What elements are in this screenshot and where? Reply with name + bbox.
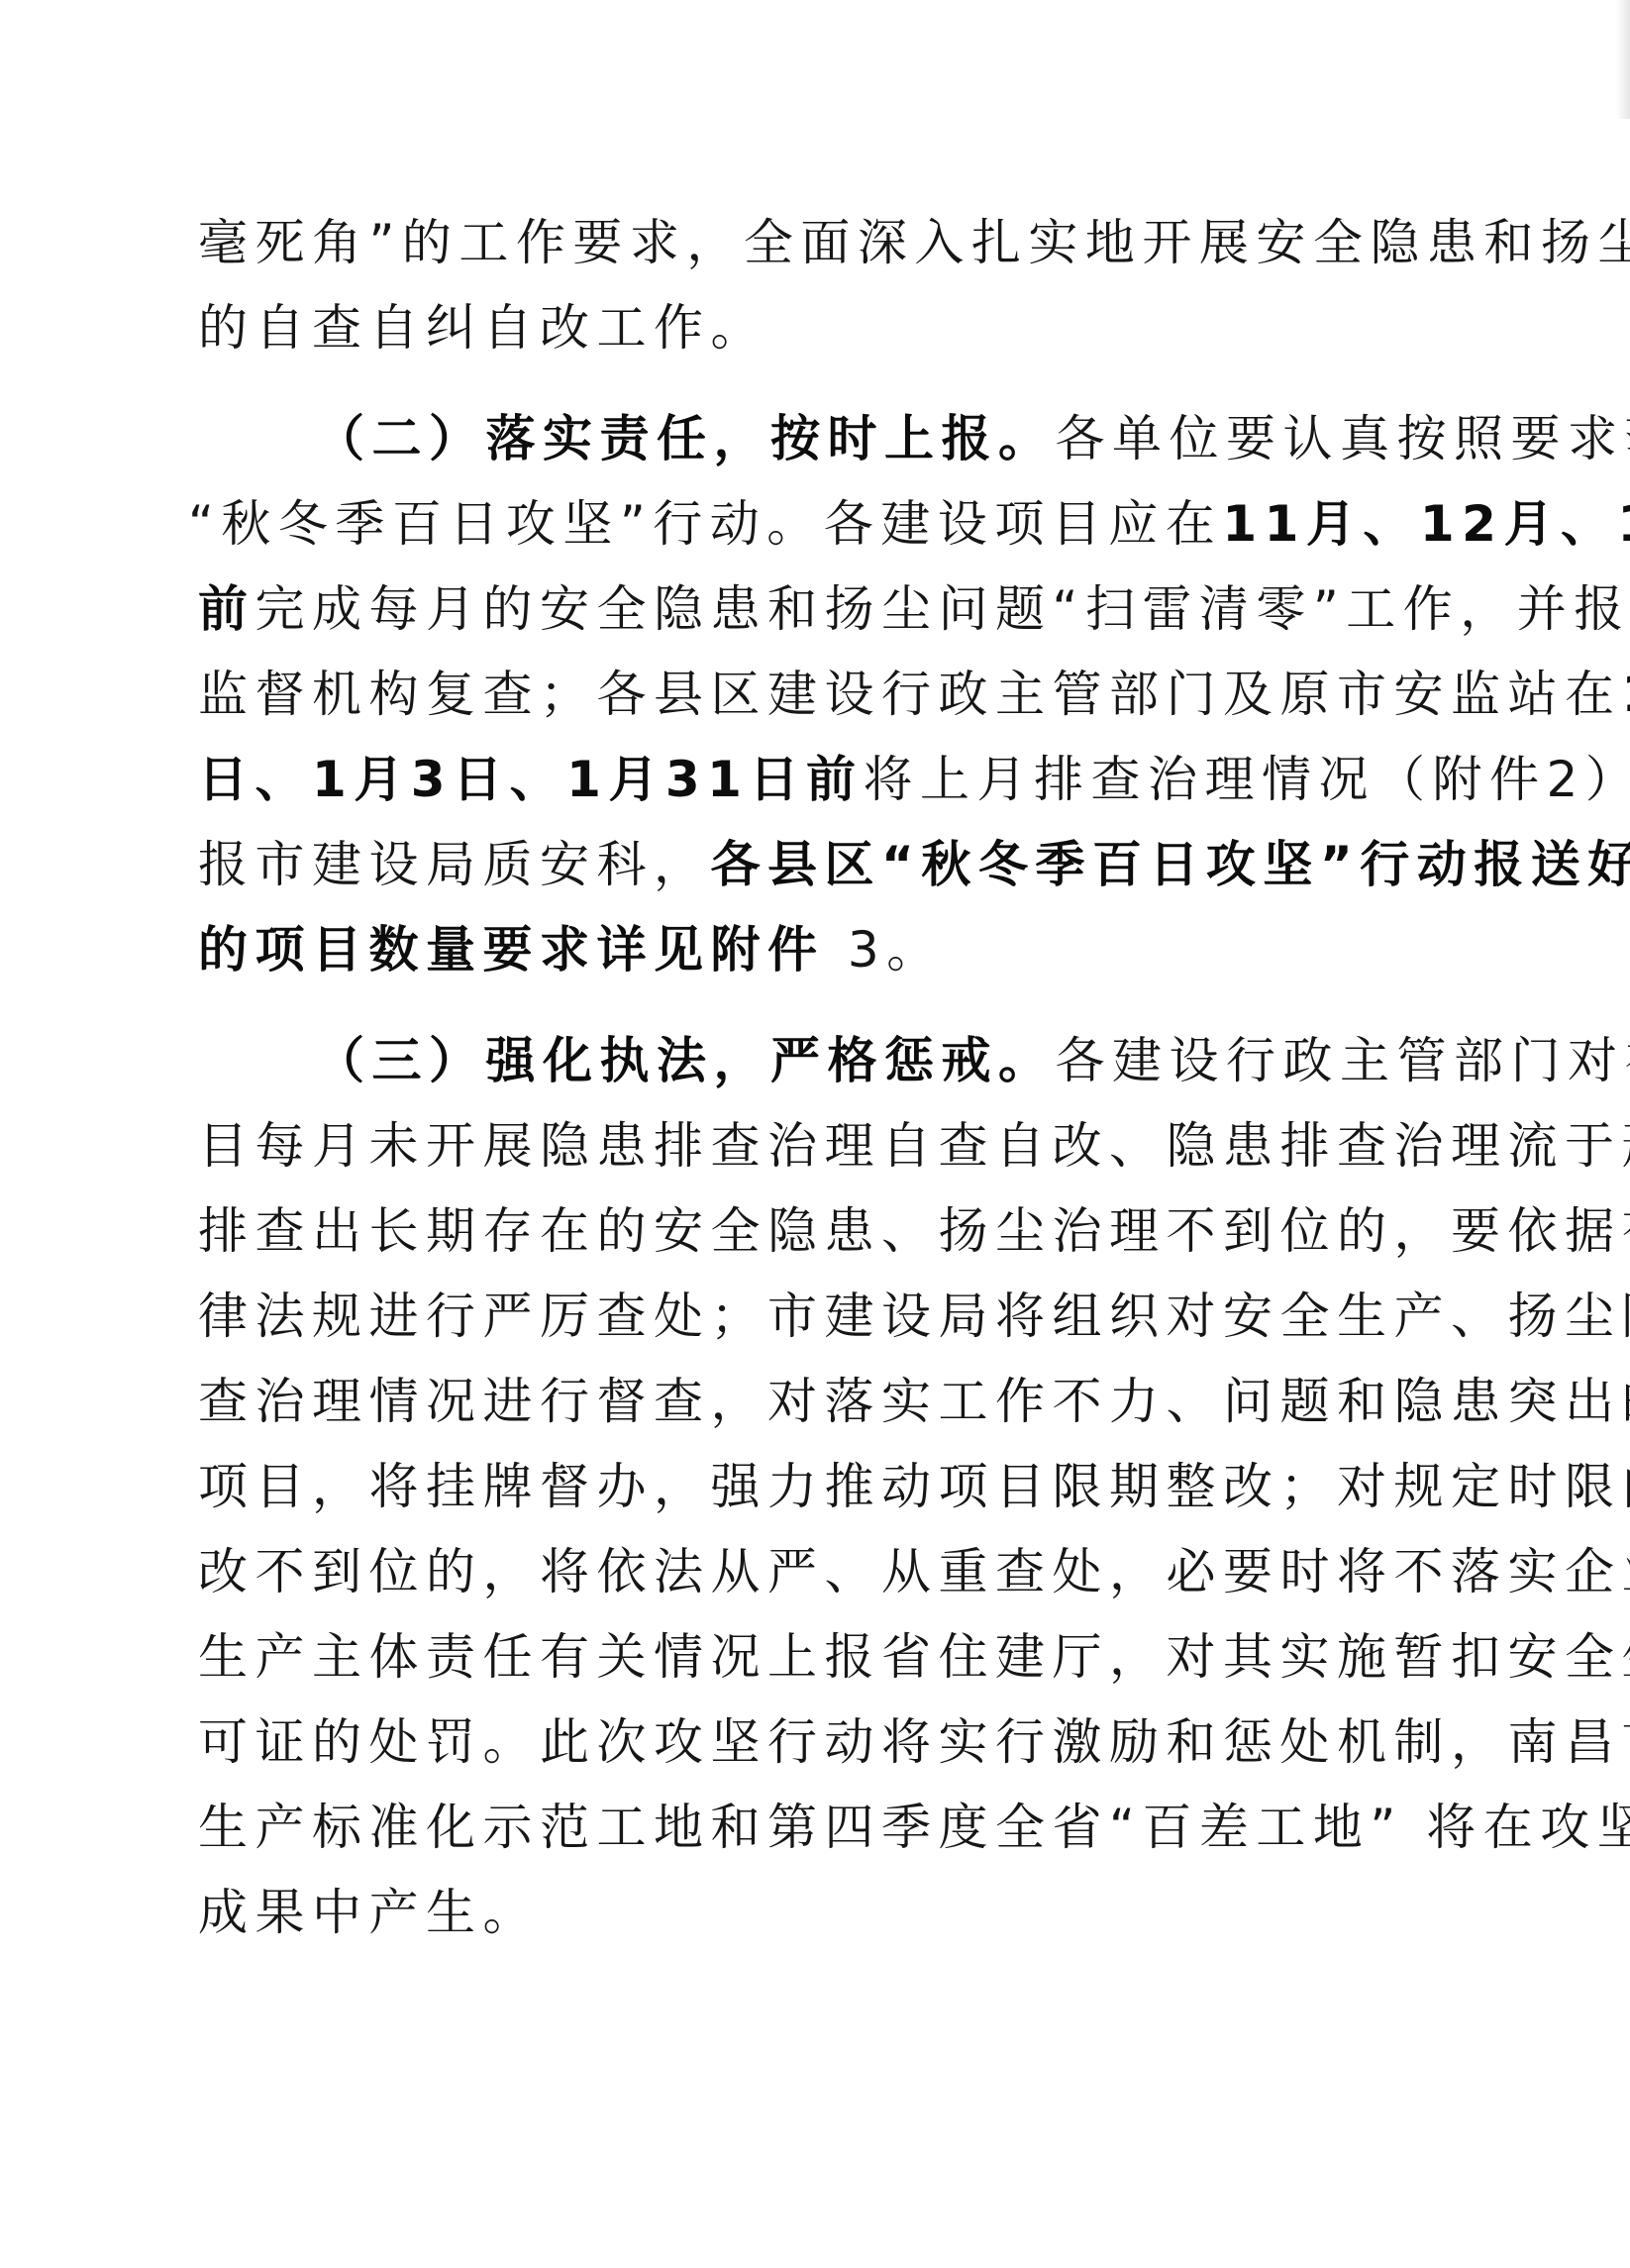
text-run: 目每月未开展隐患排查治理自查自改、隐患排查治理流于形式未 — [198, 1117, 1630, 1175]
text-line: 报市建设局质安科，各县区“秋冬季百日攻坚”行动报送好、差 — [198, 830, 1630, 899]
text-line: 日、1月3日、1月31日前将上月排查治理情况（附件2）汇总后 — [198, 745, 1630, 814]
text-run: 毫死角”的工作要求，全面深入扎实地开展安全隐患和扬尘问题 — [198, 214, 1630, 271]
text-run: 将上月排查治理情况（附件2）汇总后 — [863, 751, 1630, 808]
text-run: 完成每月的安全隐患和扬尘问题“扫雷清零”工作，并报属地 — [255, 580, 1630, 638]
text-line: 项目，将挂牌督办，强力推动项目限期整改；对规定时限内仍整 — [198, 1452, 1630, 1521]
text-line: 排查出长期存在的安全隐患、扬尘治理不到位的，要依据有关法 — [198, 1196, 1630, 1266]
text-run-bold: 日、1月3日、1月31日前 — [198, 751, 863, 808]
text-line: 成果中产生。 — [198, 1878, 540, 1947]
text-line: 生产主体责任有关情况上报省住建厅，对其实施暂扣安全生产许 — [198, 1622, 1630, 1692]
text-run-bold: 12月3 — [1622, 666, 1630, 723]
text-line: 的项目数量要求详见附件 3。 — [198, 915, 944, 984]
text-line: 改不到位的，将依法从严、从重查处，必要时将不落实企业安全 — [198, 1537, 1630, 1606]
text-run: 监督机构复查；各县区建设行政主管部门及原市安监站在 — [198, 666, 1622, 723]
text-run: 报市建设局质安科， — [198, 836, 711, 893]
text-line: 生产标准化示范工地和第四季度全省“百差工地” 将在攻坚行动 — [198, 1793, 1630, 1862]
text-run: 改不到位的，将依法从严、从重查处，必要时将不落实企业安全 — [198, 1543, 1630, 1600]
text-run: 可证的处罚。此次攻坚行动将实行激励和惩处机制，南昌市安全 — [198, 1713, 1630, 1771]
text-run: 成果中产生。 — [198, 1884, 540, 1941]
text-run-bold: 各县区“秋冬季百日攻坚”行动报送好、差 — [711, 836, 1630, 893]
text-line: “秋冬季百日攻坚”行动。各建设项目应在11月、12月、1月底 — [188, 489, 1630, 559]
text-run-bold: 11月、12月、1月底 — [1222, 495, 1630, 553]
text-run: 各单位要认真按照要求落实好 — [1056, 410, 1630, 467]
text-line: 查治理情况进行督查，对落实工作不力、问题和隐患突出的在建 — [198, 1367, 1630, 1436]
section-heading: （三）强化执法，严格惩戒。 — [315, 1032, 1056, 1089]
text-line: 监督机构复查；各县区建设行政主管部门及原市安监站在12月3 — [198, 660, 1630, 729]
text-run: 生产标准化示范工地和第四季度全省“百差工地” 将在攻坚行动 — [198, 1799, 1630, 1856]
text-run: 各建设行政主管部门对在建项 — [1056, 1032, 1630, 1089]
section-heading: （二）落实责任，按时上报。 — [315, 410, 1056, 467]
text-line: 的自查自纠自改工作。 — [198, 293, 767, 362]
text-run: 查治理情况进行督查，对落实工作不力、问题和隐患突出的在建 — [198, 1373, 1630, 1430]
text-line: 可证的处罚。此次攻坚行动将实行激励和惩处机制，南昌市安全 — [198, 1707, 1630, 1777]
text-run: 排查出长期存在的安全隐患、扬尘治理不到位的，要依据有关法 — [198, 1202, 1630, 1260]
text-run: 项目，将挂牌督办，强力推动项目限期整改；对规定时限内仍整 — [198, 1458, 1630, 1515]
text-line: 律法规进行严厉查处；市建设局将组织对安全生产、扬尘防治排 — [198, 1282, 1630, 1351]
text-run: “秋冬季百日攻坚”行动。各建设项目应在 — [188, 495, 1222, 553]
text-run: 3。 — [825, 921, 944, 979]
text-run: 律法规进行严厉查处；市建设局将组织对安全生产、扬尘防治排 — [198, 1288, 1630, 1345]
text-run: 的自查自纠自改工作。 — [198, 299, 767, 357]
section-3-first-line: （三）强化执法，严格惩戒。各建设行政主管部门对在建项 — [315, 1026, 1630, 1095]
text-run-bold: 前 — [198, 580, 255, 638]
text-line: 前完成每月的安全隐患和扬尘问题“扫雷清零”工作，并报属地 — [198, 574, 1630, 644]
text-line: 目每月未开展隐患排查治理自查自改、隐患排查治理流于形式未 — [198, 1111, 1630, 1181]
document-page: 毫死角”的工作要求，全面深入扎实地开展安全隐患和扬尘问题 的自查自纠自改工作。 … — [0, 0, 1630, 2268]
scan-edge-artifact — [1616, 0, 1630, 119]
text-line: 毫死角”的工作要求，全面深入扎实地开展安全隐患和扬尘问题 — [198, 208, 1630, 277]
section-2-first-line: （二）落实责任，按时上报。各单位要认真按照要求落实好 — [315, 404, 1630, 473]
text-run-bold: 的项目数量要求详见附件 — [198, 921, 825, 979]
text-run: 生产主体责任有关情况上报省住建厅，对其实施暂扣安全生产许 — [198, 1628, 1630, 1686]
